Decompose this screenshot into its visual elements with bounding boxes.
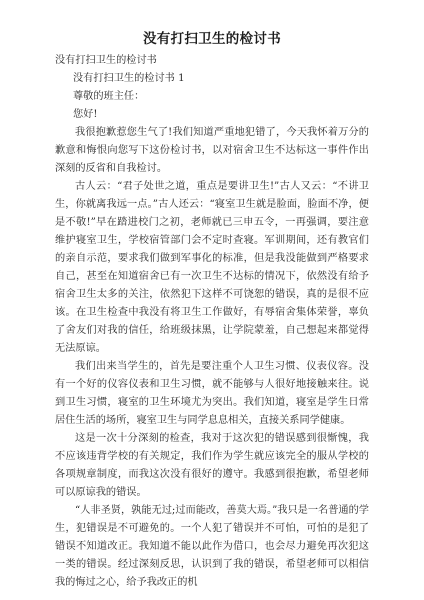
paragraph-3: 我们出来当学生的，首先是要注重个人卫生习惯、仪表仪容。没有一个好的仪容仪表和卫生… <box>55 358 369 430</box>
letter-body: 我很抱歉惹您生气了!我们知道严重地犯错了，今天我怀着万分的歉意和悔恨向您写下这份… <box>55 124 369 592</box>
section-title: 没有打扫卫生的检讨书 1 <box>55 70 369 88</box>
subtitle: 没有打扫卫生的检讨书 <box>55 52 369 70</box>
document-page: 没有打扫卫生的检讨书 没有打扫卫生的检讨书 没有打扫卫生的检讨书 1 尊敬的班主… <box>0 0 424 600</box>
document-title: 没有打扫卫生的检讨书 <box>0 27 424 47</box>
salutation: 尊敬的班主任： <box>55 88 369 106</box>
paragraph-4: 这是一次十分深刻的检查，我对于这次犯的错误感到很惭愧，我不应该违背学校的有关规定… <box>55 430 369 502</box>
document-body: 没有打扫卫生的检讨书 没有打扫卫生的检讨书 1 尊敬的班主任： 您好! 我很抱歉… <box>55 52 369 592</box>
paragraph-2: 古人云：“君子处世之道，重点是要讲卫生!”古人又云：“不讲卫生，你就离我远一点。… <box>55 178 369 358</box>
paragraph-5: “人非圣贤，孰能无过;过而能改，善莫大焉。”我只是一名普通的学生，犯错误是不可避… <box>55 502 369 592</box>
greeting: 您好! <box>55 106 369 124</box>
paragraph-1: 我很抱歉惹您生气了!我们知道严重地犯错了，今天我怀着万分的歉意和悔恨向您写下这份… <box>55 124 369 178</box>
